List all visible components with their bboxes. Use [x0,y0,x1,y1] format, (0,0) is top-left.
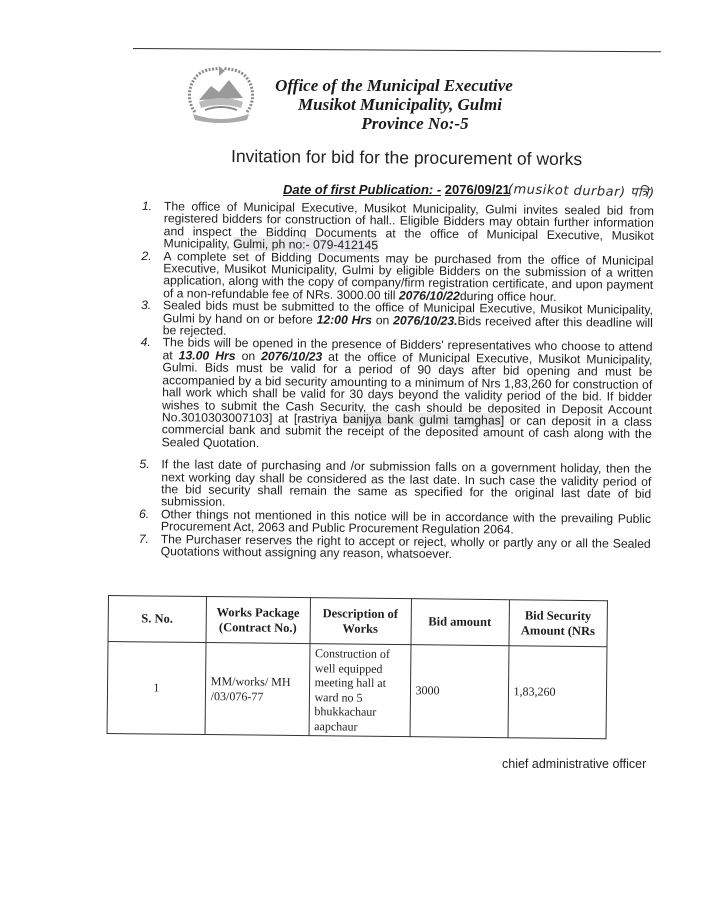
clause-text: The bids will be opened in the presence … [162,337,653,453]
header-works-package: Works Package (Contract No.) [206,597,310,644]
cell-sno: 1 [107,642,206,735]
clause-item: 4.The bids will be opened in the presenc… [140,336,653,453]
publication-date-line: Date of first Publication: - 2076/09/21 [283,182,510,197]
letterhead: Office of the Municipal Executive Musiko… [270,76,530,133]
notice-title: Invitation for bid for the procurement o… [231,146,582,170]
clause-item: 7.The Purchaser reserves the right to ac… [139,533,651,563]
nepal-emblem-icon [185,64,257,126]
cell-bid-security: 1,83,260 [508,646,607,739]
header-description: Description of Works [310,598,411,645]
header-rule [133,48,661,52]
handwritten-note: (musikot durbar) पत्रि) [508,179,655,201]
municipality-name: Musikot Municipality, Gulmi [270,95,530,114]
cell-bid-amount: 3000 [410,645,509,738]
clause-number: 1. [142,200,152,213]
clause-text: The Purchaser reserves the right to acce… [161,533,651,563]
clause-item: 2.A complete set of Bidding Documents ma… [141,250,653,305]
works-table: S. No. Works Package (Contract No.) Desc… [107,595,608,739]
office-name: Office of the Municipal Executive [258,76,530,95]
clause-item: 1.The office of Municipal Executive, Mus… [142,200,654,255]
clause-text-segment: on [372,313,393,327]
table-row: 1 MM/works/ MH /03/076-77 Construction o… [107,642,607,739]
clause-text: A complete set of Bidding Documents may … [163,250,653,304]
header-bid-amount: Bid amount [410,599,508,646]
clause-number: 5. [139,458,149,471]
cell-description: Construction of well equipped meeting ha… [309,644,411,737]
signatory-title: chief administrative officer [502,757,646,771]
clause-item: 3.Sealed bids must be submitted to the o… [141,299,653,341]
clause-number: 4. [141,336,151,349]
emphasized-text: 2076/10/23. [393,313,458,328]
clause-number: 7. [139,533,149,546]
clause-text-segment: If the last date of purchasing and /or s… [161,457,651,509]
clause-text: If the last date of purchasing and /or s… [161,458,651,512]
header-sno: S. No. [108,596,206,643]
publication-label: Date of first Publication: - [283,182,441,197]
clause-text-segment: The Purchaser reserves the right to acce… [161,532,651,561]
clause-item: 5.If the last date of purchasing and /or… [139,458,651,513]
clause-text: Sealed bids must be submitted to the off… [163,299,653,341]
clauses-list: 1.The office of Municipal Executive, Mus… [139,200,654,562]
clause-text: The office of Municipal Executive, Musik… [164,200,654,254]
header-bid-security: Bid Security Amount (NRs [508,600,607,647]
clause-number: 3. [141,299,151,312]
clause-number: 6. [139,508,149,521]
clause-number: 2. [141,250,151,263]
table-header-row: S. No. Works Package (Contract No.) Desc… [108,596,607,647]
cell-works-package: MM/works/ MH /03/076-77 [205,643,310,736]
emphasized-text: 12:00 Hrs [317,312,372,327]
publication-date: 2076/09/21 [445,182,510,197]
bid-notice-page: Office of the Municipal Executive Musiko… [0,0,702,910]
province-name: Province No:-5 [300,114,530,133]
